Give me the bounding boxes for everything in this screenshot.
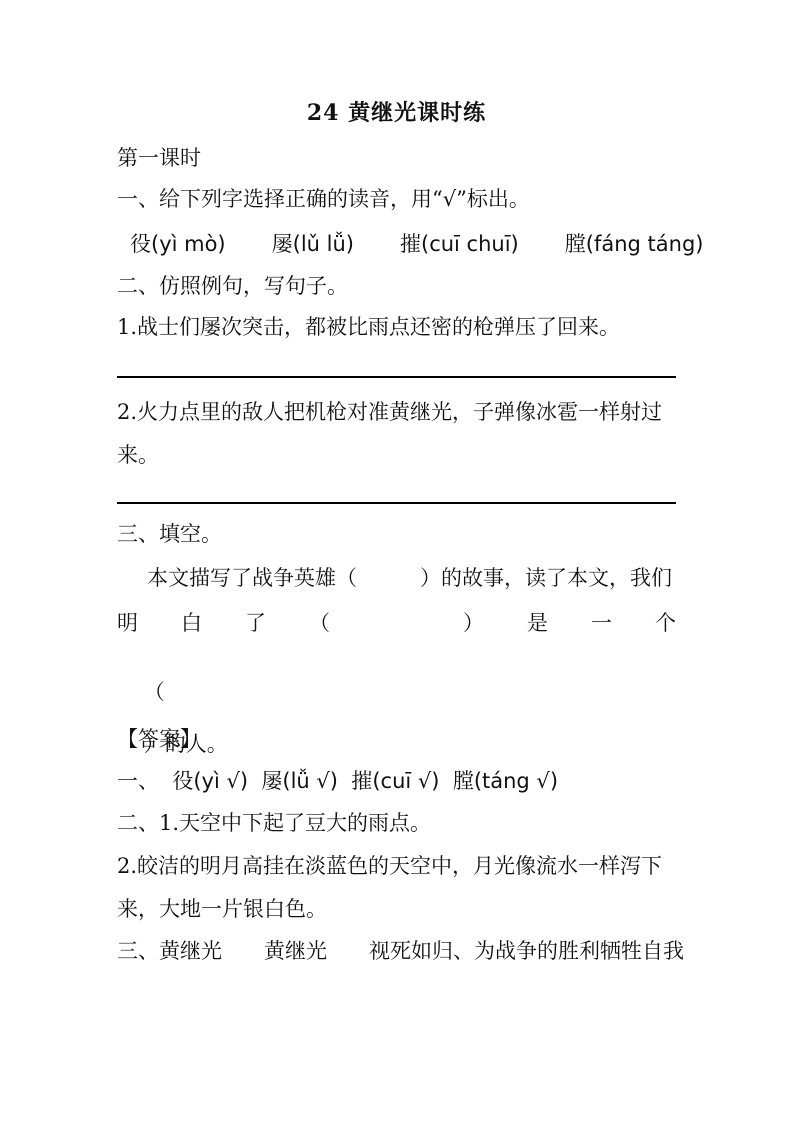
q1-option-lv: 屡(lǔ lǚ) <box>272 231 354 257</box>
q1-options-row: 役(yì mò) 屡(lǔ lǚ) 摧(cuī chuī) 膛(fáng tán… <box>117 231 703 257</box>
fill-token: 是 <box>527 610 548 636</box>
q2-heading: 二、仿照例句，写句子。 <box>117 273 348 299</box>
answers-heading: 【答案】 <box>117 726 201 752</box>
q3-heading: 三、填空。 <box>117 521 222 547</box>
answer-two-line-3: 来，大地一片银白色。 <box>117 896 327 922</box>
fill-token: 明 <box>117 610 138 636</box>
answer-two-line-1: 二、1.天空中下起了豆大的雨点。 <box>117 810 431 836</box>
fill-token: 一 <box>591 610 612 636</box>
q1-option-tang: 膛(fáng táng) <box>565 231 704 257</box>
writing-rule-2 <box>117 502 676 504</box>
open-paren: （ <box>309 610 330 636</box>
writing-rule-1 <box>117 376 676 378</box>
fill-token: 个 <box>655 610 676 636</box>
worksheet-page: 24 黄继光课时练 第一课时 一、给下列字选择正确的读音，用“√”标出。 役(y… <box>0 0 793 1122</box>
lesson-heading: 第一课时 <box>117 145 201 171</box>
answer-two-line-2: 2.皎洁的明月高挂在淡蓝色的天空中，月光像流水一样泻下 <box>117 853 662 879</box>
q1-heading: 一、给下列字选择正确的读音，用“√”标出。 <box>117 186 530 212</box>
answer-one: 一、 役(yì √) 屡(lǚ √) 摧(cuī √) 膛(táng √) <box>117 768 558 794</box>
q3-fill-line-2: 明 白 了 （ ） 是 一 个 <box>117 610 676 636</box>
open-paren: （ <box>144 680 165 704</box>
q1-option-yi: 役(yì mò) <box>130 231 226 257</box>
page-title: 24 黄继光课时练 <box>0 100 793 126</box>
close-paren: ） <box>463 610 484 636</box>
fill-token: 白 <box>181 610 202 636</box>
answer-three: 三、黄继光 黄继光 视死如归、为战争的胜利牺牲自我 <box>117 938 684 964</box>
q3-fill-line-3: （ ）的人。 <box>117 653 480 783</box>
q1-option-cui: 摧(cuī chuī) <box>400 231 519 257</box>
q2-sentence-2-line-2: 来。 <box>117 442 159 468</box>
q3-fill-line-1: 本文描写了战争英雄（ ）的故事，读了本文，我们 <box>117 565 672 591</box>
fill-token: 了 <box>245 610 266 636</box>
q2-sentence-1: 1.战士们屡次突击，都被比雨点还密的枪弹压了回来。 <box>117 314 620 340</box>
q2-sentence-2-line-1: 2.火力点里的敌人把机枪对准黄继光，子弹像冰雹一样射过 <box>117 399 662 425</box>
